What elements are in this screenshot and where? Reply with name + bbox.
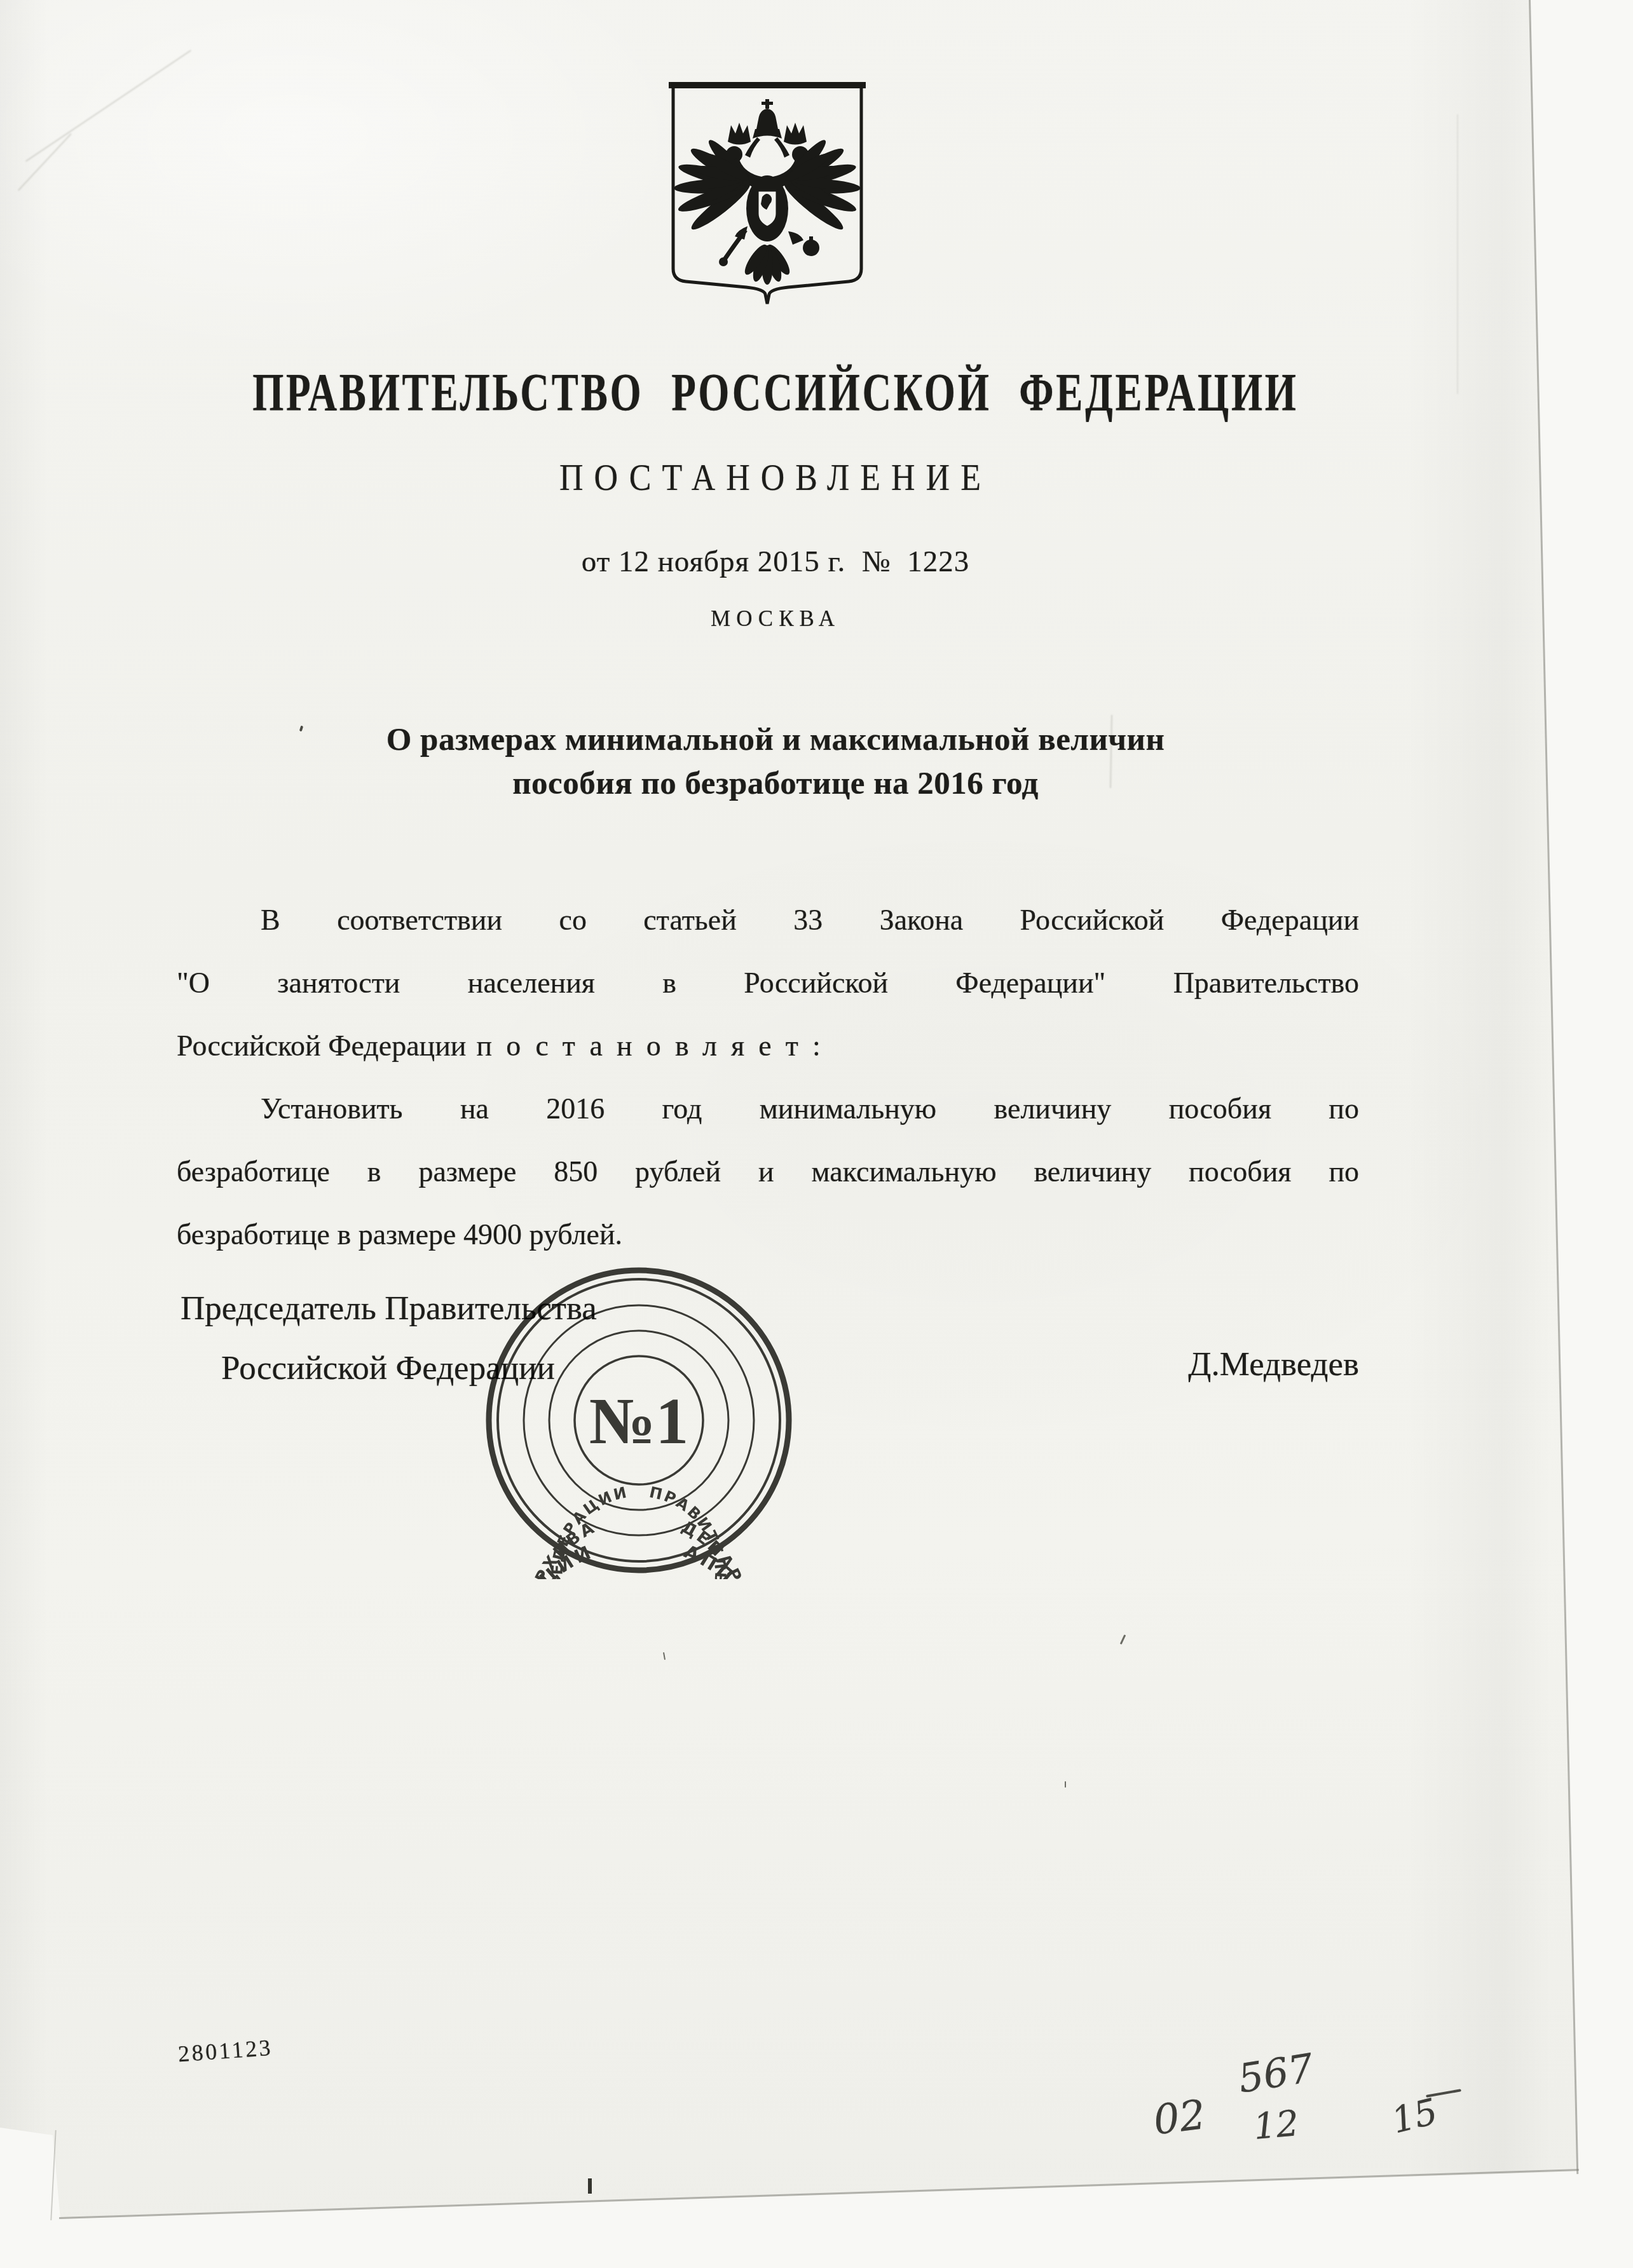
body-line: безработице в размере 850 рублей и макси… [177,1140,1359,1203]
body-line: безработице в размере 4900 рублей. [177,1203,1359,1266]
doc-type: ПОСТАНОВЛЕНИЕ [108,455,1443,502]
paper-left-edge [50,2130,56,2220]
doc-city: МОСКВА [108,604,1443,634]
doc-title: О размерах минимальной и максимальной ве… [108,718,1443,806]
dust-speck [1065,1781,1066,1788]
org-name: ПРАВИТЕЛЬСТВО РОССИЙСКОЙ ФЕДЕРАЦИИ [155,357,1397,428]
spaced-word-postanovlyaet: постановляет: [476,1029,834,1062]
scanned-decree-page: ПРАВИТЕЛЬСТВО РОССИЙСКОЙ ФЕДЕРАЦИИ ПОСТА… [0,0,1633,2268]
doc-body: В соответствии со статьей 33 Закона Росс… [177,888,1359,1266]
shield-top-bar [669,82,866,88]
doc-date-number: от 12 ноября 2015 г. № 1223 [108,543,1443,581]
body-line-prefix: Российской Федерации [177,1029,466,1062]
body-line: Установить на 2016 год минимальную велич… [177,1077,1359,1140]
handwritten-number-2: 02 [1151,2091,1208,2144]
body-line: "О занятости населения в Российской Феде… [177,951,1359,1014]
handwritten-number-3: 12 [1252,2103,1301,2148]
doc-title-line2: пособия по безработице на 2016 год [108,762,1443,806]
crease-line [1457,114,1458,394]
stamp-center-number: №1 [589,1385,689,1458]
scan-mark [588,2178,592,2194]
coat-of-arms-emblem [669,80,866,306]
round-stamp: АППАРАТ ПРАВИТЕЛЬСТВА РОССИЙСКОЙ ФЕДЕРАЦ… [480,1261,798,1579]
body-line: В соответствии со статьей 33 Закона Росс… [177,888,1359,951]
body-line: Российской Федерациипостановляет: [177,1014,1359,1077]
doc-title-line1: О размерах минимальной и максимальной ве… [108,718,1443,762]
